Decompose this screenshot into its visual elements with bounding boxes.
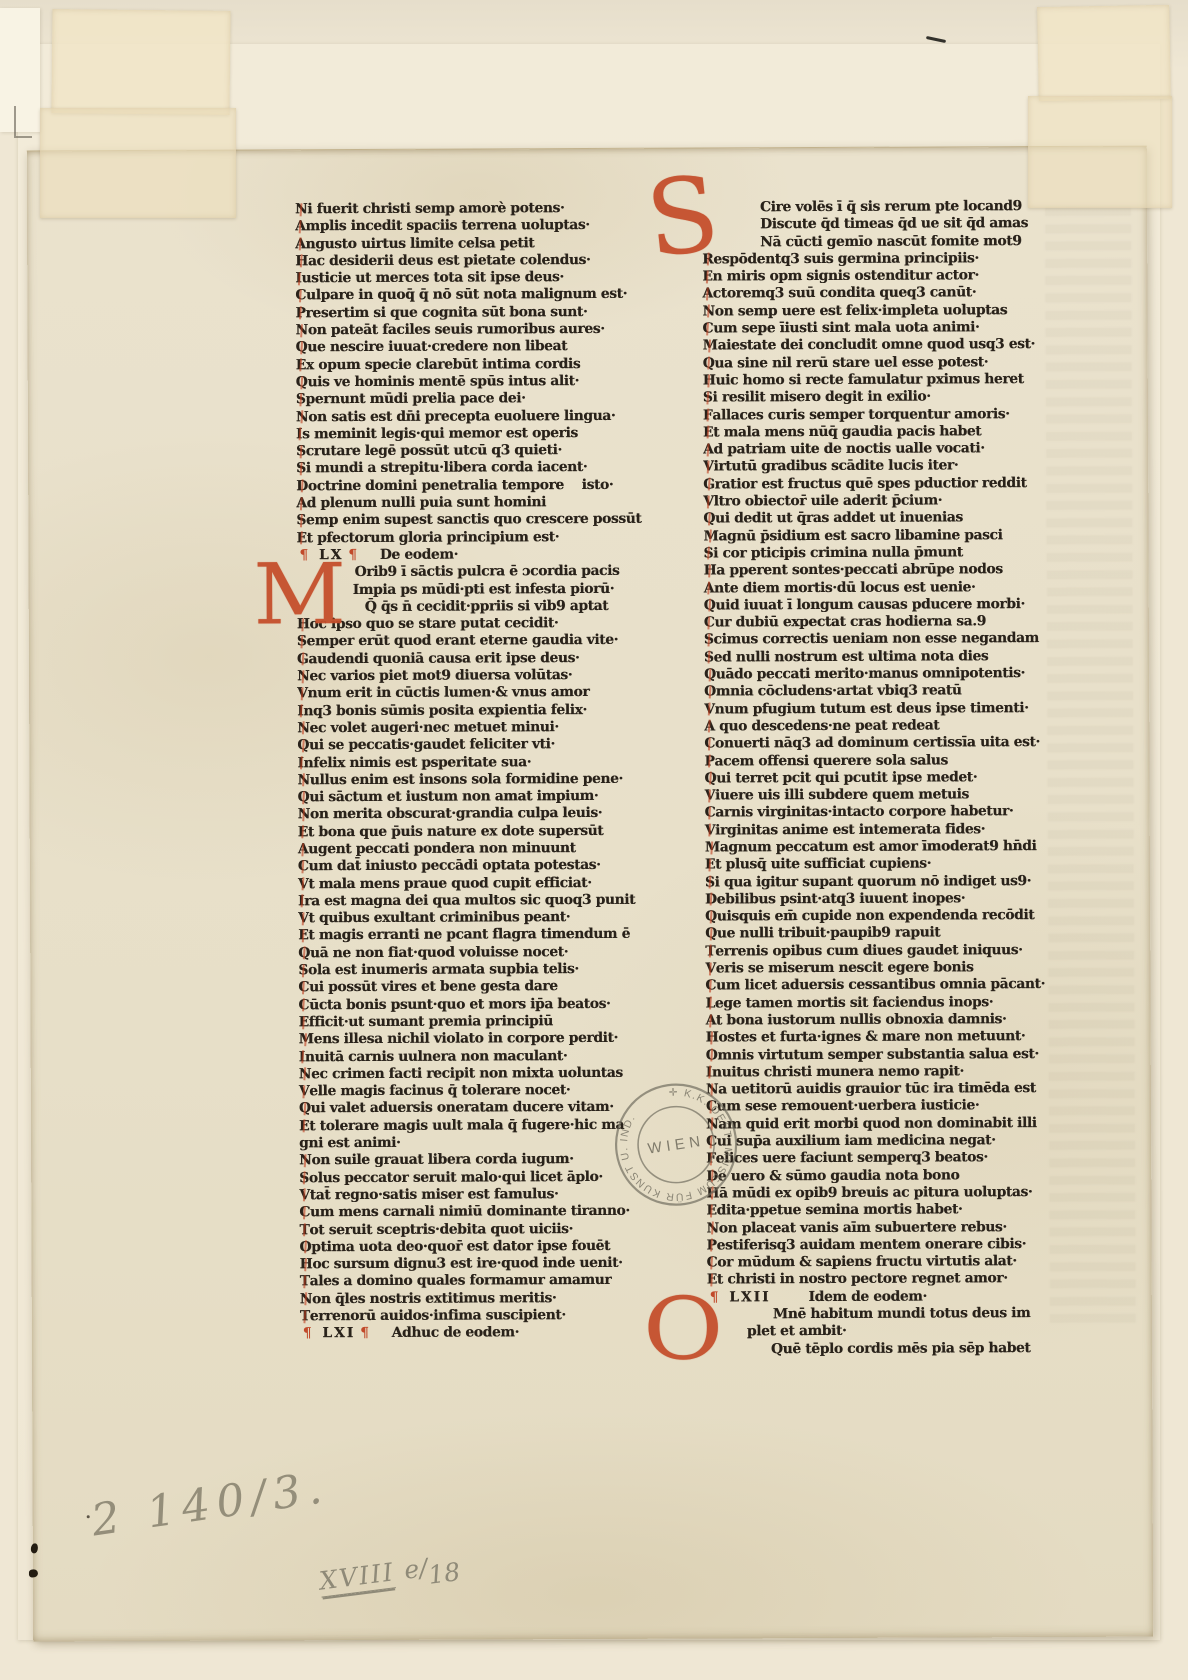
verse-line: Cui possūt vires et bene gesta dare xyxy=(298,978,643,997)
rubricated-capital: M xyxy=(705,839,720,856)
stamp-center-text: WIEN xyxy=(647,1133,706,1158)
rubricated-capital: A xyxy=(702,286,712,303)
rubricated-capital: T xyxy=(300,1274,310,1291)
verse-line: Scrutare legē possūt utcū q3 quieti· xyxy=(296,442,641,461)
rubricated-capital: S xyxy=(705,874,715,891)
rubricated-capital: E xyxy=(299,1014,309,1031)
rubricated-capital: N xyxy=(298,807,310,824)
verse-line: Ante diem mortis·dū locus est uenie· xyxy=(704,579,1044,598)
rubricated-capital: Q xyxy=(298,945,310,962)
verse-line: Magnum peccatum est amor īmoderat9 hn̄di xyxy=(705,838,1045,857)
rubricated-capital: Q xyxy=(704,770,716,787)
verse-line: Cor mūdum & sapiens fructu virtutis alat… xyxy=(707,1253,1047,1272)
verse-line: Omnia cōcludens·artat vbiq3 reatū xyxy=(704,682,1044,701)
verse-line: Angusto uirtus limite celsa petit xyxy=(295,234,640,253)
verse-line: Ad plenum nulli puia sunt homini xyxy=(296,494,641,513)
rubricated-capital: L xyxy=(705,995,714,1012)
rubricated-capital: C xyxy=(298,980,309,997)
verse-line: Cum dat̄ iniusto peccādi optata potestas… xyxy=(298,857,643,876)
verse-line: Nullus enim est insons sola formidine pe… xyxy=(297,771,642,790)
verse-line: Ha pperent sontes·peccati abrūpe nodos xyxy=(704,561,1044,580)
verse-line: Gaudendi quoniā causa erit ipse deus· xyxy=(297,649,642,668)
verse-line: Doctrine domini penetralia tempore isto· xyxy=(296,477,641,496)
indented-line: Quē tēplo cordis mēs pia sēp habet xyxy=(707,1340,1047,1359)
tape-hinge-top-left xyxy=(51,9,230,115)
rubricated-capital: A xyxy=(704,718,714,735)
verse-line: Vt quibus exultant criminibus peant· xyxy=(298,909,643,928)
rubricated-capital: C xyxy=(705,805,716,822)
verse-line: Ira est magna dei qua multos sic quoq3 p… xyxy=(298,892,643,911)
verse-line: Optima uota deo·quor̄ est dator ipse fou… xyxy=(300,1238,645,1257)
tape-hinge-top-left-lower xyxy=(40,108,236,218)
verse-line: Felices uere faciunt semperq3 beatos· xyxy=(706,1149,1046,1168)
verse-line: Quis ve hominis mentē spūs intus alit· xyxy=(296,373,641,392)
rubricated-capital: V xyxy=(297,686,307,703)
rubricated-capital: I xyxy=(297,703,303,720)
rubricated-capital: V xyxy=(704,701,714,718)
verse-line: Solus peccator seruit malo·qui licet āpl… xyxy=(299,1168,644,1187)
incunabulum-leaf: Ni fuerit christi semp amorè potens·Ampl… xyxy=(27,146,1153,1642)
rubricated-capital: O xyxy=(706,1047,718,1064)
verse-line: Virtutū gradibus scādite lucis iter· xyxy=(703,457,1043,476)
rubricated-capital: E xyxy=(703,424,713,441)
rubricated-capital: V xyxy=(705,822,715,839)
rubricated-capital: Q xyxy=(704,597,716,614)
inventory-number: 18 xyxy=(427,1557,462,1590)
verse-line: Vtat̄ regno·satis miser est famulus· xyxy=(299,1186,644,1205)
verse-line: Inq3 bonis sūmis posita expientia felix· xyxy=(297,701,642,720)
rubricated-capital: V xyxy=(298,910,308,927)
verse-line: Qui dedit ut q̄ras addet ut inuenias xyxy=(703,509,1043,528)
verse-line: Infelix nimis est psperitate sua· xyxy=(297,753,642,772)
verse-line: Vnum pfugium tutum est deus ipse timenti… xyxy=(704,700,1044,719)
rubricated-capital: E xyxy=(298,928,308,945)
rubricated-capital: P xyxy=(707,1237,717,1254)
chapter-heading: ¶LX¶De eodem· xyxy=(296,546,641,565)
rubricated-capital: H xyxy=(300,1256,313,1273)
tape-hinge-top-right xyxy=(1037,5,1171,101)
verse-line: Debilibus psint·atq3 iuuent inopes· xyxy=(705,890,1045,909)
rubricated-capital: V xyxy=(703,494,713,511)
rubricated-capital: A xyxy=(295,219,305,236)
verse-line: Cum sepe īiusti sint mala uota animi· xyxy=(703,319,1043,338)
verse-line: Et plusq̄ uite sufficiat cupiens· xyxy=(705,855,1045,874)
verse-line: Hoc sursum dignu3 est ire·quod inde ueni… xyxy=(300,1255,645,1274)
rubricated-capital: Q xyxy=(299,1101,311,1118)
verse-line: Pacem offensi querere sola salus xyxy=(704,752,1044,771)
verse-line: Si qua igitur supant quorum nō indiget u… xyxy=(705,873,1045,892)
pencil-shelfmark: 2 140/3. xyxy=(88,1462,332,1547)
indented-line: Discute q̄d timeas q̄d ue sit q̄d amas xyxy=(702,215,1042,234)
rubricated-capital: O xyxy=(704,684,716,701)
rubricated-capital: N xyxy=(702,303,714,320)
verse-line: En miris opm signis ostenditur actor· xyxy=(702,267,1042,286)
verse-line: Et mala mens nūq̄ gaudia pacis habet xyxy=(703,423,1043,442)
rubricated-capital: M xyxy=(703,338,718,355)
verse-line: Is meminit legis·qui memor est operis xyxy=(296,425,641,444)
left-text-column: Ni fuerit christi semp amorè potens·Ampl… xyxy=(295,200,645,1343)
rubricated-capital: S xyxy=(296,392,306,409)
rubricated-capital: V xyxy=(298,876,308,893)
verse-line: Cum mens carnali nimiū dominante tiranno… xyxy=(299,1203,644,1222)
library-stamp: ✛ K.K. OEST. MUSEUM FÜR KUNST U. IND. WI… xyxy=(599,1068,753,1222)
rubricated-capital: N xyxy=(296,409,308,426)
rubricated-capital: A xyxy=(706,1012,716,1029)
rubricated-capital: T xyxy=(299,1222,309,1239)
rubricated-capital: S xyxy=(703,545,713,562)
verse-line: Tales a domino quales formamur amamur xyxy=(300,1272,645,1291)
rubricated-capital: N xyxy=(297,772,309,789)
corner-bracket-mark xyxy=(14,106,32,138)
verse-line: Qua sine nil rerū stare uel esse potest· xyxy=(703,354,1043,373)
verse-line: Nec crimen facti recipit non mixta uolun… xyxy=(299,1065,644,1084)
rubricated-capital: E xyxy=(299,1118,309,1135)
verse-line: Mens illesa nichil violato in corpore pe… xyxy=(299,1030,644,1049)
rubricated-capital: Q xyxy=(703,511,715,528)
verse-line: Que nescire iuuat·credere non libeat xyxy=(296,338,641,357)
verse-line: Non semp uere est felix·impleta uoluptas xyxy=(702,302,1042,321)
verse-line: Et christi in nostro pectore regnet amor… xyxy=(707,1270,1047,1289)
verse-line: Quādo peccati merito·manus omnipotentis· xyxy=(704,665,1044,684)
verse-line: At bona iustorum nullis obnoxia damnis· xyxy=(706,1011,1046,1030)
rubricated-capital: S xyxy=(296,461,306,478)
verse-line: Non placeat vanis aīm subuertere rebus· xyxy=(706,1219,1046,1238)
rubricated-capital: S xyxy=(703,390,713,407)
verse-line: Carnis virginitas·intacto corpore habetu… xyxy=(705,803,1045,822)
rubricated-capital: S xyxy=(704,632,714,649)
verse-line: Et magis erranti ne pcant flagra timendu… xyxy=(298,926,643,945)
verse-line: Sola est inumeris armata supbia telis· xyxy=(298,961,643,980)
chapter-number: LXII xyxy=(729,1289,770,1305)
verse-line: Que nulli tribuit·paupib9 rapuit xyxy=(705,924,1045,943)
rubricated-capital: Q xyxy=(296,340,308,357)
rubricated-capital: S xyxy=(296,443,306,460)
rubricated-capital: O xyxy=(300,1239,312,1256)
verse-line: Vltro obiector̄ uile aderit p̄cium· xyxy=(703,492,1043,511)
verse-line: Spernunt mūdi prelia pace dei· xyxy=(296,390,641,409)
verse-line: Efficit·ut sumant premia principiū xyxy=(299,1013,644,1032)
rubricated-capital: V xyxy=(299,1187,309,1204)
rubricated-capital: H xyxy=(295,253,308,270)
verse-line: Amplis incedit spaciis terrena uoluptas· xyxy=(295,217,640,236)
rubricated-capital: E xyxy=(298,824,308,841)
verse-line: Et bona que p̄uis nature ex dote supersū… xyxy=(298,822,643,841)
verse-line: Scimus correctis ueniam non esse neganda… xyxy=(704,630,1044,649)
rubricated-capital: C xyxy=(295,288,306,305)
rubricated-capital: M xyxy=(703,528,718,545)
rubricated-capital: V xyxy=(703,459,713,476)
rubricated-capital: P xyxy=(295,305,305,322)
verse-line: Ex opum specie clarebūt intima cordis xyxy=(296,355,641,374)
rubricated-capital: H xyxy=(704,563,717,580)
verse-line: Inuitus christi munera nemo rapit· xyxy=(706,1063,1046,1082)
rubricated-capital: Q xyxy=(704,666,716,683)
right-text-column: Cire volēs ī q̄ sis rerum pte locand9Dis… xyxy=(702,198,1047,1358)
rubricated-capital: N xyxy=(297,720,309,737)
decorated-initial-o: O xyxy=(643,1286,724,1372)
rubricated-capital: E xyxy=(705,857,715,874)
decorated-initial-s: S xyxy=(642,161,724,272)
indented-line: Orib9 ī sāctis pulcra ē ɔcordia pacis xyxy=(297,563,642,582)
verse-line: Edita·ppetue semina mortis habet· xyxy=(706,1201,1046,1220)
rubricated-capital: S xyxy=(299,1170,309,1187)
verse-line: Augent peccati pondera non minuunt xyxy=(298,840,643,859)
verse-line: Hac desiderii deus est pietate colendus· xyxy=(295,252,640,271)
rubricated-capital: Q xyxy=(705,909,717,926)
verse-line: Qui se peccatis·gaudet feliciter vti· xyxy=(297,736,642,755)
verse-line: Velle magis facinus q̄ tolerare nocet· xyxy=(299,1082,644,1101)
verse-line: Hā mūdi ex opib9 breuis ac pitura uolupt… xyxy=(706,1184,1046,1203)
rubricated-capital: N xyxy=(295,201,307,218)
rubricated-capital: N xyxy=(706,1220,718,1237)
rubricated-capital: I xyxy=(299,1049,305,1066)
rubricated-capital: I xyxy=(298,893,304,910)
verse-line: Semp enim supest sanctis quo crescere po… xyxy=(296,511,641,530)
verse-line: Conuerti nāq3 ad dominum certissīa uita … xyxy=(704,734,1044,753)
verse-line: Veris se miserum nescit egere bonis xyxy=(705,959,1045,978)
inventory-suffix: e/ xyxy=(402,1553,429,1585)
verse-line: A quo descedens·ne peat redeat xyxy=(704,717,1044,736)
rubricated-capital: M xyxy=(299,1031,314,1048)
rubricated-capital: A xyxy=(296,495,306,512)
rubricated-capital: P xyxy=(704,753,714,770)
rubricated-capital: E xyxy=(296,357,306,374)
verse-line: Quā ne non fiat·quod voluisse nocet· xyxy=(298,944,643,963)
verse-line: Et tolerare magis uult mala q̄ fugere·hi… xyxy=(299,1117,644,1136)
verse-line: Cum licet aduersis cessantibus omnia pāc… xyxy=(705,976,1045,995)
verse-line: Virginitas anime est intemerata fides· xyxy=(705,821,1045,840)
tape-hinge-top-right-lower xyxy=(1028,96,1172,208)
verse-line: Tot seruit sceptris·debita quot uiciis· xyxy=(299,1220,644,1239)
verse-line: Presertim si que cognita sūt bona sunt· xyxy=(295,304,640,323)
verse-line: Nec varios piet mot9 diuersa volūtas· xyxy=(297,667,642,686)
rubricated-capital: T xyxy=(300,1308,310,1325)
decorated-initial-m: M xyxy=(253,552,346,636)
rubricated-capital: Q xyxy=(703,355,715,372)
rubricated-capital: D xyxy=(705,891,717,908)
verse-line: Vt mala mens praue quod cupit efficiat· xyxy=(298,874,643,893)
indented-line: plet et ambit· xyxy=(707,1322,1047,1341)
rubricated-capital: I xyxy=(295,270,301,287)
rubricated-capital: V xyxy=(705,961,715,978)
chapter-heading: ¶LXIIIdem de eodem· xyxy=(707,1288,1047,1307)
verse-line: Cur dubiū expectat cras hodierna sa.9 xyxy=(704,613,1044,632)
rubricated-capital: I xyxy=(297,755,303,772)
verse-line: Quisquis em̄ cupide non expendenda recōd… xyxy=(705,907,1045,926)
chapter-title: De eodem· xyxy=(380,547,458,563)
indented-line: Nā cūcti gemīo nascūt fomite mot9 xyxy=(702,233,1042,252)
rubricated-capital: T xyxy=(705,943,715,960)
rubricated-capital: C xyxy=(707,1255,718,1272)
verse-line: Cum sese remouent·uerbera iusticie· xyxy=(706,1097,1046,1116)
rubricated-capital: Q xyxy=(705,926,717,943)
verse-line: Lege tamen mortis sit faciendus inops· xyxy=(705,994,1045,1013)
verse-line: Quid iuuat ī longum causas pducere morbi… xyxy=(704,596,1044,615)
verse-line: Gratior est fructus quē spes pductior re… xyxy=(703,475,1043,494)
verse-line: Qui sāctum et iustum non amat impium· xyxy=(298,788,643,807)
verse-line: Iusticie ut merces tota sit ipse deus· xyxy=(295,269,640,288)
indented-line: Cire volēs ī q̄ sis rerum pte locand9 xyxy=(702,198,1042,217)
indented-line: Q̄ q̄s n̄ cecidit·ppriis si vib9 aptat xyxy=(297,598,642,617)
verse-line: Si resilit misero degit in exilio· xyxy=(703,388,1043,407)
rubricated-capital: I xyxy=(296,426,302,443)
verse-line: Qui terret pcit qui pcutit ipse medet· xyxy=(704,769,1044,788)
rubricated-capital: A xyxy=(298,841,308,858)
verse-line: Semper erūt quod erant eterne gaudia vit… xyxy=(297,632,642,651)
runover-line: gni est animi· xyxy=(299,1134,644,1153)
rubricated-capital: N xyxy=(300,1291,312,1308)
rubricated-capital: Q xyxy=(297,737,309,754)
verse-line: Vnum erit in cūctis lumen·& vnus amor xyxy=(297,684,642,703)
chapter-title: Idem de eodem· xyxy=(808,1288,926,1305)
verse-line: Huic homo si recte famulatur pximus here… xyxy=(703,371,1043,390)
verse-line: Non merita obscurat·grandia culpa leuis· xyxy=(298,805,643,824)
verse-line: Magnū p̄sidium est sacro libamine pasci xyxy=(703,527,1043,546)
indented-line: Mnē habitum mundi totus deus im xyxy=(707,1305,1047,1324)
rubricated-capital: A xyxy=(703,442,713,459)
ink-spot xyxy=(87,1515,90,1518)
verse-line: Et pfectorum gloria principium est· xyxy=(296,528,641,547)
verse-line: Si mundi a strepitu·libera corda iacent· xyxy=(296,459,641,478)
rubricated-capital: N xyxy=(297,668,309,685)
rubricated-capital: D xyxy=(296,478,308,495)
chapter-number: LXI xyxy=(322,1325,355,1341)
verse-line: Inuitā carnis uulnera non maculant· xyxy=(299,1047,644,1066)
rubricated-capital: V xyxy=(299,1083,309,1100)
verse-line: Na uetitorū auidis grauior tūc ira timēd… xyxy=(706,1080,1046,1099)
rubricated-capital: C xyxy=(704,736,715,753)
verse-line: Viuere uis illi subdere quem metuis xyxy=(705,786,1045,805)
verse-line: Hostes et furta·ignes & mare non metuunt… xyxy=(706,1028,1046,1047)
rubricated-capital: Q xyxy=(298,789,310,806)
rubricated-capital: V xyxy=(705,788,715,805)
rubricated-capital: A xyxy=(295,236,305,253)
rubricated-capital: N xyxy=(299,1066,311,1083)
verse-line: Sed nulli nostrum est ultima nota dies xyxy=(704,648,1044,667)
pilcrow-icon: ¶ xyxy=(360,1325,369,1341)
rubricated-capital: C xyxy=(298,997,309,1014)
verse-line: Actoremq3 suū condita queq3 canūt· xyxy=(702,285,1042,304)
verse-line: Non pateāt faciles seuis rumoribus aures… xyxy=(296,321,641,340)
rubricated-capital: A xyxy=(704,580,714,597)
ink-spot xyxy=(29,1569,38,1577)
verse-line: Non suile grauat libera corda iugum· xyxy=(299,1151,644,1170)
verse-line: Ad patriam uite de noctis ualle vocati· xyxy=(703,440,1043,459)
rubricated-capital: N xyxy=(299,1153,311,1170)
rubricated-capital: S xyxy=(704,649,714,666)
verse-line: Qui valet aduersis oneratam ducere vitam… xyxy=(299,1099,644,1118)
verse-line: Non q̄les nostris extitimus meritis· xyxy=(300,1289,645,1308)
verse-line: Terrenorū auidos·infima suscipient· xyxy=(300,1307,645,1326)
rubricated-capital: S xyxy=(296,513,306,530)
rubricated-capital: Q xyxy=(296,374,308,391)
rubricated-capital: C xyxy=(703,321,714,338)
verse-line: Terrenis opibus cum diues gaudet iniquus… xyxy=(705,942,1045,961)
rubricated-capital: S xyxy=(298,962,308,979)
rubricated-capital: H xyxy=(703,372,716,389)
verse-line: Omnis virtutum semper substantia salua e… xyxy=(706,1046,1046,1065)
rubricated-capital: H xyxy=(706,1030,719,1047)
verse-line: Pestiferisq3 auidam mentem onerare cibis… xyxy=(707,1236,1047,1255)
verse-line: Hoc ipso quo se stare putat cecidit· xyxy=(297,615,642,634)
verse-line: Cui sup̄a auxilium iam medicina negat· xyxy=(706,1132,1046,1151)
verse-line: Fallaces curis semper torquentur amoris· xyxy=(703,406,1043,425)
rubricated-capital: N xyxy=(296,322,308,339)
pilcrow-icon: ¶ xyxy=(348,547,357,563)
rubricated-capital: C xyxy=(299,1204,310,1221)
pencil-inventory-mark: XVIIIe/18 xyxy=(318,1549,461,1596)
pilcrow-icon: ¶ xyxy=(303,1326,312,1342)
verse-line: Si cor pticipis crimina nulla p̄munt xyxy=(703,544,1043,563)
ink-spot xyxy=(31,1543,38,1553)
verse-line: Nec volet augeri·nec metuet minui· xyxy=(297,719,642,738)
verse-line: Cūcta bonis psunt·quo et mors ip̄a beato… xyxy=(298,995,643,1014)
rubricated-capital: G xyxy=(297,651,309,668)
chapter-heading: ¶LXI¶Adhuc de eodem· xyxy=(300,1324,645,1343)
scanned-incunabulum-page: { "stamp": { "ring": "✛ K.K. OEST. MUSEU… xyxy=(0,0,1188,1680)
verse-line: Culpare in quoq̄ q̄ nō sūt nota malignum… xyxy=(295,286,640,305)
verse-line: Maiestate dei concludit omne quod usq3 e… xyxy=(703,336,1043,355)
pen-tick-mark xyxy=(926,36,946,43)
chapter-title: Adhuc de eodem· xyxy=(392,1325,519,1342)
rubricated-capital: C xyxy=(298,859,309,876)
inventory-roman-numeral: XVIII xyxy=(318,1557,397,1597)
rubricated-capital: C xyxy=(704,615,715,632)
verse-line: De uero & sūmo gaudia nota bono xyxy=(706,1167,1046,1186)
verse-line: Nam quid erit morbi quod non dominabit i… xyxy=(706,1115,1046,1134)
indented-line: Impia ps mūdi·pti est infesta piorū· xyxy=(297,580,642,599)
verse-line: Respōdentq3 suis germina principiis· xyxy=(702,250,1042,269)
rubricated-capital: C xyxy=(705,978,716,995)
verse-line: Non satis est dn̄i precepta euoluere lin… xyxy=(296,407,641,426)
rubricated-capital: F xyxy=(703,407,713,424)
verse-line: Ni fuerit christi semp amorè potens· xyxy=(295,200,640,219)
rubricated-capital: G xyxy=(703,476,715,493)
